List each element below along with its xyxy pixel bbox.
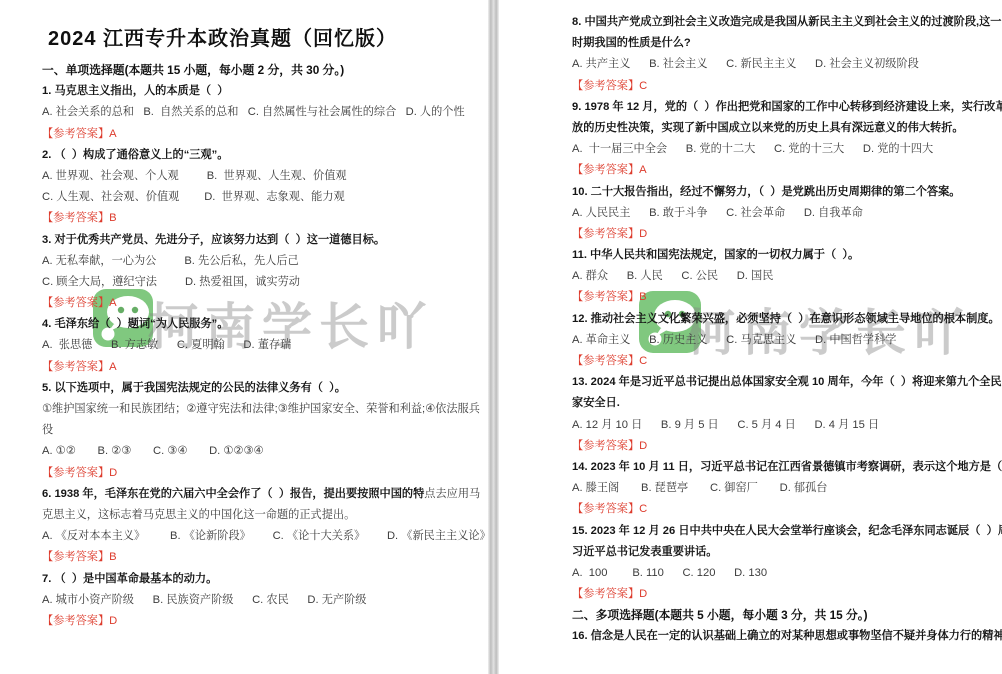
line-text: A. 革命主义 B. 历史主义 C. 马克思主义 D. 中国哲学科学 <box>572 334 896 346</box>
line-text: 12. 推动社会主义文化繁荣兴盛，必须坚持（ ）在意识形态领域主导地位的根本制度… <box>572 313 1000 325</box>
option-line: A. 共产主义 B. 社会主义 C. 新民主主义 D. 社会主义初级阶段 <box>572 54 996 75</box>
question-stem: 13. 2024 年是习近平总书记提出总体国家安全观 10 周年，今年（ ）将迎… <box>572 372 996 393</box>
option-line: C. 人生观、社会观、价值观 D. 世界观、志象观、能力观 <box>42 187 478 208</box>
question-stem: 放的历史性决策，实现了新中国成立以来党的历史上具有深远意义的伟大转折。 <box>572 118 996 139</box>
answer-line: 【参考答案】A <box>42 293 478 314</box>
question-stem: 9. 1978 年 12 月，党的（ ）作出把党和国家的工作中心转移到经济建设上… <box>572 97 996 118</box>
option-line: A. 人民民主 B. 敢于斗争 C. 社会革命 D. 自我革命 <box>572 203 996 224</box>
option-line: A. 社会关系的总和 B. 自然关系的总和 C. 自然属性与社会属性的综合 D.… <box>42 102 478 123</box>
line-text: 11. 中华人民共和国宪法规定，国家的一切权力属于（ ）。 <box>572 249 859 261</box>
line-text: A. 《反对本本主义》 B. 《论新阶段》 C. 《论十大关系》 D. 《新民主… <box>42 530 491 542</box>
answer-line: 【参考答案】A <box>572 160 996 181</box>
question-stem: 14. 2023 年 10 月 11 日，习近平总书记在江西省景德镇市考察调研，… <box>572 457 996 478</box>
answer-line: 【参考答案】A <box>42 124 478 145</box>
option-line: A. 革命主义 B. 历史主义 C. 马克思主义 D. 中国哲学科学 <box>572 330 996 351</box>
question-stem: 习近平总书记发表重要讲话。 <box>572 542 996 563</box>
line-text: 【参考答案】D <box>572 228 647 240</box>
line-text: 【参考答案】C <box>572 503 647 515</box>
page-left: 柯南学长吖 2024 江西专升本政治真题（回忆版） 一、单项选择题(本题共 15… <box>0 0 488 674</box>
option-line: A. 世界观、社会观、个人观 B. 世界观、人生观、价值观 <box>42 166 478 187</box>
line-text: 7. （ ）是中国革命最基本的动力。 <box>42 573 217 585</box>
line-text: C. 顾全大局，遵纪守法 D. 热爱祖国，诚实劳动 <box>42 276 300 288</box>
question-stem: 7. （ ）是中国革命最基本的动力。 <box>42 569 478 590</box>
option-line: C. 顾全大局，遵纪守法 D. 热爱祖国，诚实劳动 <box>42 272 478 293</box>
line-text: 一、单项选择题(本题共 15 小题，每小题 2 分，共 30 分。) <box>42 63 344 77</box>
line-text: A. 城市小资产阶级 B. 民族资产阶级 C. 农民 D. 无产阶级 <box>42 594 366 606</box>
left-page-content: 一、单项选择题(本题共 15 小题，每小题 2 分，共 30 分。)1. 马克思… <box>42 60 478 632</box>
line-text: A. 共产主义 B. 社会主义 C. 新民主主义 D. 社会主义初级阶段 <box>572 58 919 70</box>
line-text: 4. 毛泽东给（ ）题词“为人民服务”。 <box>42 318 228 330</box>
question-stem: 12. 推动社会主义文化繁荣兴盛，必须坚持（ ）在意识形态领域主导地位的根本制度… <box>572 309 996 330</box>
answer-line: 【参考答案】B <box>42 547 478 568</box>
right-page-content: 8. 中国共产党成立到社会主义改造完成是我国从新民主主义到社会主义的过渡阶段,这… <box>572 12 996 648</box>
line-text: A. 社会关系的总和 B. 自然关系的总和 C. 自然属性与社会属性的综合 D.… <box>42 106 465 118</box>
option-line: A. 张思德 B. 方志敏 C. 夏明翰 D. 董存瑞 <box>42 335 478 356</box>
line-text: 2. （ ）构成了通俗意义上的“三观”。 <box>42 149 228 161</box>
line-text: 5. 以下选项中，属于我国宪法规定的公民的法律义务有（ ）。 <box>42 382 346 394</box>
line-text: 家安全日. <box>572 397 620 409</box>
question-stem: 3. 对于优秀共产党员、先进分子，应该努力达到（ ）这一道德目标。 <box>42 230 478 251</box>
option-line: A. ①② B. ②③ C. ③④ D. ①②③④ <box>42 441 478 462</box>
option-line: A. 《反对本本主义》 B. 《论新阶段》 C. 《论十大关系》 D. 《新民主… <box>42 526 478 547</box>
option-line: A. 无私奉献，一心为公 B. 先公后私，先人后己 <box>42 251 478 272</box>
answer-line: 【参考答案】C <box>572 499 996 520</box>
section-header: 二、多项选择题(本题共 5 小题，每小题 3 分，共 15 分。) <box>572 605 996 626</box>
line-text: 6. 1938 年，毛泽东在党的六届六中全会作了（ ）报告，提出要按照中国的特 <box>42 488 424 500</box>
line-text: 【参考答案】B <box>42 551 117 563</box>
text-line: ①维护国家统一和民族团结；②遵守宪法和法律;③维护国家安全、荣誉和利益;④依法服… <box>42 399 478 420</box>
line-text: 【参考答案】A <box>42 128 117 140</box>
page-title: 2024 江西专升本政治真题（回忆版） <box>0 22 445 51</box>
answer-line: 【参考答案】D <box>42 463 478 484</box>
line-text: 1. 马克思主义指出，人的本质是（ ） <box>42 85 228 97</box>
line-text: A. 人民民主 B. 敢于斗争 C. 社会革命 D. 自我革命 <box>572 207 863 219</box>
line-text: 克思主义，这标志着马克思主义的中国化这一命题的正式提出。 <box>42 509 355 521</box>
line-text: 13. 2024 年是习近平总书记提出总体国家安全观 10 周年，今年（ ）将迎… <box>572 376 1002 388</box>
line-text: 【参考答案】D <box>42 467 117 479</box>
line-text: A. 世界观、社会观、个人观 B. 世界观、人生观、价值观 <box>42 170 347 182</box>
line-text: 【参考答案】A <box>42 297 117 309</box>
question-stem: 15. 2023 年 12 月 26 日中共中央在人民大会堂举行座谈会，纪念毛泽… <box>572 521 996 542</box>
line-text: A. 无私奉献，一心为公 B. 先公后私，先人后己 <box>42 255 299 267</box>
line-text: A. 滕王阁 B. 琵琶亭 C. 御窑厂 D. 郁孤台 <box>572 482 827 494</box>
answer-line: 【参考答案】B <box>42 208 478 229</box>
question-stem: 10. 二十大报告指出，经过不懈努力，（ ）是党跳出历史周期律的第二个答案。 <box>572 182 996 203</box>
question-stem: 6. 1938 年，毛泽东在党的六届六中全会作了（ ）报告，提出要按照中国的特点… <box>42 484 478 505</box>
line-text: 3. 对于优秀共产党员、先进分子，应该努力达到（ ）这一道德目标。 <box>42 234 385 246</box>
answer-line: 【参考答案】D <box>42 611 478 632</box>
question-stem: 8. 中国共产党成立到社会主义改造完成是我国从新民主主义到社会主义的过渡阶段,这… <box>572 12 996 33</box>
option-line: A. 群众 B. 人民 C. 公民 D. 国民 <box>572 266 996 287</box>
question-stem: 时期我国的性质是什么? <box>572 33 996 54</box>
line-text: 放的历史性决策，实现了新中国成立以来党的历史上具有深远意义的伟大转折。 <box>572 122 964 134</box>
option-line: A. 滕王阁 B. 琵琶亭 C. 御窑厂 D. 郁孤台 <box>572 478 996 499</box>
question-stem: 1. 马克思主义指出，人的本质是（ ） <box>42 81 478 102</box>
line-text: A. 100 B. 110 C. 120 D. 130 <box>572 567 767 579</box>
line-text: 15. 2023 年 12 月 26 日中共中央在人民大会堂举行座谈会，纪念毛泽… <box>572 525 1002 537</box>
line-text: A. 张思德 B. 方志敏 C. 夏明翰 D. 董存瑞 <box>42 339 291 351</box>
line-text: 习近平总书记发表重要讲话。 <box>572 546 717 558</box>
line-text: 【参考答案】D <box>572 588 647 600</box>
page-divider <box>488 0 499 674</box>
line-text: 【参考答案】B <box>572 291 647 303</box>
option-line: A. 12 月 10 日 B. 9 月 5 日 C. 5 月 4 日 D. 4 … <box>572 415 996 436</box>
answer-line: 【参考答案】A <box>42 357 478 378</box>
line-text: 【参考答案】D <box>42 615 117 627</box>
text-line: 克思主义，这标志着马克思主义的中国化这一命题的正式提出。 <box>42 505 478 526</box>
question-stem: 2. （ ）构成了通俗意义上的“三观”。 <box>42 145 478 166</box>
question-stem: 11. 中华人民共和国宪法规定，国家的一切权力属于（ ）。 <box>572 245 996 266</box>
line-text: 二、多项选择题(本题共 5 小题，每小题 3 分，共 15 分。) <box>572 608 868 622</box>
question-stem: 4. 毛泽东给（ ）题词“为人民服务”。 <box>42 314 478 335</box>
option-line: A. 城市小资产阶级 B. 民族资产阶级 C. 农民 D. 无产阶级 <box>42 590 478 611</box>
page-right: 柯南学长吖 8. 中国共产党成立到社会主义改造完成是我国从新民主主义到社会主义的… <box>499 0 1002 674</box>
line-text: 【参考答案】A <box>42 361 117 373</box>
line-text: A. ①② B. ②③ C. ③④ D. ①②③④ <box>42 445 264 457</box>
line-text: 时期我国的性质是什么? <box>572 37 691 49</box>
answer-line: 【参考答案】B <box>572 287 996 308</box>
option-line: A. 100 B. 110 C. 120 D. 130 <box>572 563 996 584</box>
line-text: C. 人生观、社会观、价值观 D. 世界观、志象观、能力观 <box>42 191 345 203</box>
line-text: 【参考答案】A <box>572 164 647 176</box>
line-text: A. 十一届三中全会 B. 党的十二大 C. 党的十三大 D. 党的十四大 <box>572 143 933 155</box>
question-stem: 5. 以下选项中，属于我国宪法规定的公民的法律义务有（ ）。 <box>42 378 478 399</box>
line-text: 役 <box>42 424 53 436</box>
answer-line: 【参考答案】D <box>572 224 996 245</box>
option-line: A. 十一届三中全会 B. 党的十二大 C. 党的十三大 D. 党的十四大 <box>572 139 996 160</box>
line-text-regular: 点去应用马 <box>424 488 480 500</box>
question-stem: 16. 信念是人民在一定的认识基础上确立的对某种思想或事物坚信不疑并身体力行的精… <box>572 626 996 647</box>
answer-line: 【参考答案】D <box>572 584 996 605</box>
answer-line: 【参考答案】D <box>572 436 996 457</box>
section-header: 一、单项选择题(本题共 15 小题，每小题 2 分，共 30 分。) <box>42 60 478 81</box>
line-text: 【参考答案】C <box>572 80 647 92</box>
line-text: A. 群众 B. 人民 C. 公民 D. 国民 <box>572 270 773 282</box>
question-stem: 家安全日. <box>572 393 996 414</box>
line-text: 【参考答案】C <box>572 355 647 367</box>
line-text: ①维护国家统一和民族团结；②遵守宪法和法律;③维护国家安全、荣誉和利益;④依法服… <box>42 403 480 415</box>
line-text: 【参考答案】D <box>572 440 647 452</box>
line-text: 14. 2023 年 10 月 11 日，习近平总书记在江西省景德镇市考察调研，… <box>572 461 1002 473</box>
line-text: 10. 二十大报告指出，经过不懈努力，（ ）是党跳出历史周期律的第二个答案。 <box>572 186 960 198</box>
line-text: 【参考答案】B <box>42 212 117 224</box>
answer-line: 【参考答案】C <box>572 76 996 97</box>
line-text: 8. 中国共产党成立到社会主义改造完成是我国从新民主主义到社会主义的过渡阶段,这… <box>572 16 1002 28</box>
line-text: 9. 1978 年 12 月，党的（ ）作出把党和国家的工作中心转移到经济建设上… <box>572 101 1002 113</box>
line-text: A. 12 月 10 日 B. 9 月 5 日 C. 5 月 4 日 D. 4 … <box>572 419 879 431</box>
line-text: 16. 信念是人民在一定的认识基础上确立的对某种思想或事物坚信不疑并身体力行的精… <box>572 630 1002 642</box>
answer-line: 【参考答案】C <box>572 351 996 372</box>
text-line: 役 <box>42 420 478 441</box>
